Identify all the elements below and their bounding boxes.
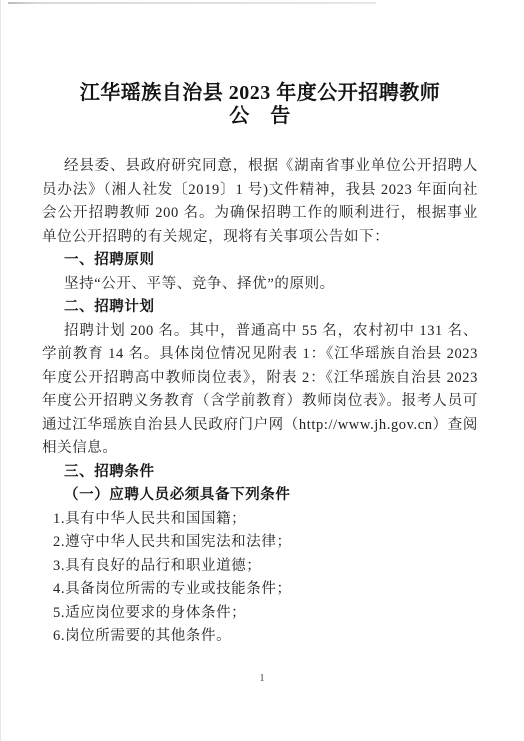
section-2-body: 招聘计划 200 名。其中，普通高中 55 名，农村初中 131 名、学前教育 … xyxy=(42,320,478,461)
section-3-heading: 三、招聘条件 xyxy=(42,461,478,485)
condition-item-3: 3.具有良好的品行和职业道德； xyxy=(42,555,478,579)
doc-title: 江华瑶族自治县 2023 年度公开招聘教师 公 告 xyxy=(42,82,478,128)
section-2-heading: 二、招聘计划 xyxy=(42,296,478,320)
section-1-heading: 一、招聘原则 xyxy=(42,249,478,273)
document-page: 江华瑶族自治县 2023 年度公开招聘教师 公 告 经县委、县政府研究同意，根据… xyxy=(0,0,524,741)
page-number: 1 xyxy=(0,673,524,684)
condition-item-5: 5.适应岗位要求的身体条件； xyxy=(42,602,478,626)
doc-title-line2: 公 告 xyxy=(42,105,478,128)
condition-item-4: 4.具备岗位所需的专业或技能条件； xyxy=(42,578,478,602)
section-3-subheading: （一）应聘人员必须具备下列条件 xyxy=(42,484,478,508)
condition-item-1: 1.具有中华人民共和国国籍； xyxy=(42,508,478,532)
document-content: 江华瑶族自治县 2023 年度公开招聘教师 公 告 经县委、县政府研究同意，根据… xyxy=(42,0,478,649)
section-1-body: 坚持“公开、平等、竞争、择优”的原则。 xyxy=(42,273,478,297)
intro-paragraph: 经县委、县政府研究同意，根据《湖南省事业单位公开招聘人员办法》（湘人社发〔201… xyxy=(42,155,478,249)
scan-artifact-left-edge xyxy=(0,0,1,741)
doc-title-line1: 江华瑶族自治县 2023 年度公开招聘教师 xyxy=(42,82,478,105)
condition-item-2: 2.遵守中华人民共和国宪法和法律； xyxy=(42,531,478,555)
condition-item-6: 6.岗位所需要的其他条件。 xyxy=(42,625,478,649)
